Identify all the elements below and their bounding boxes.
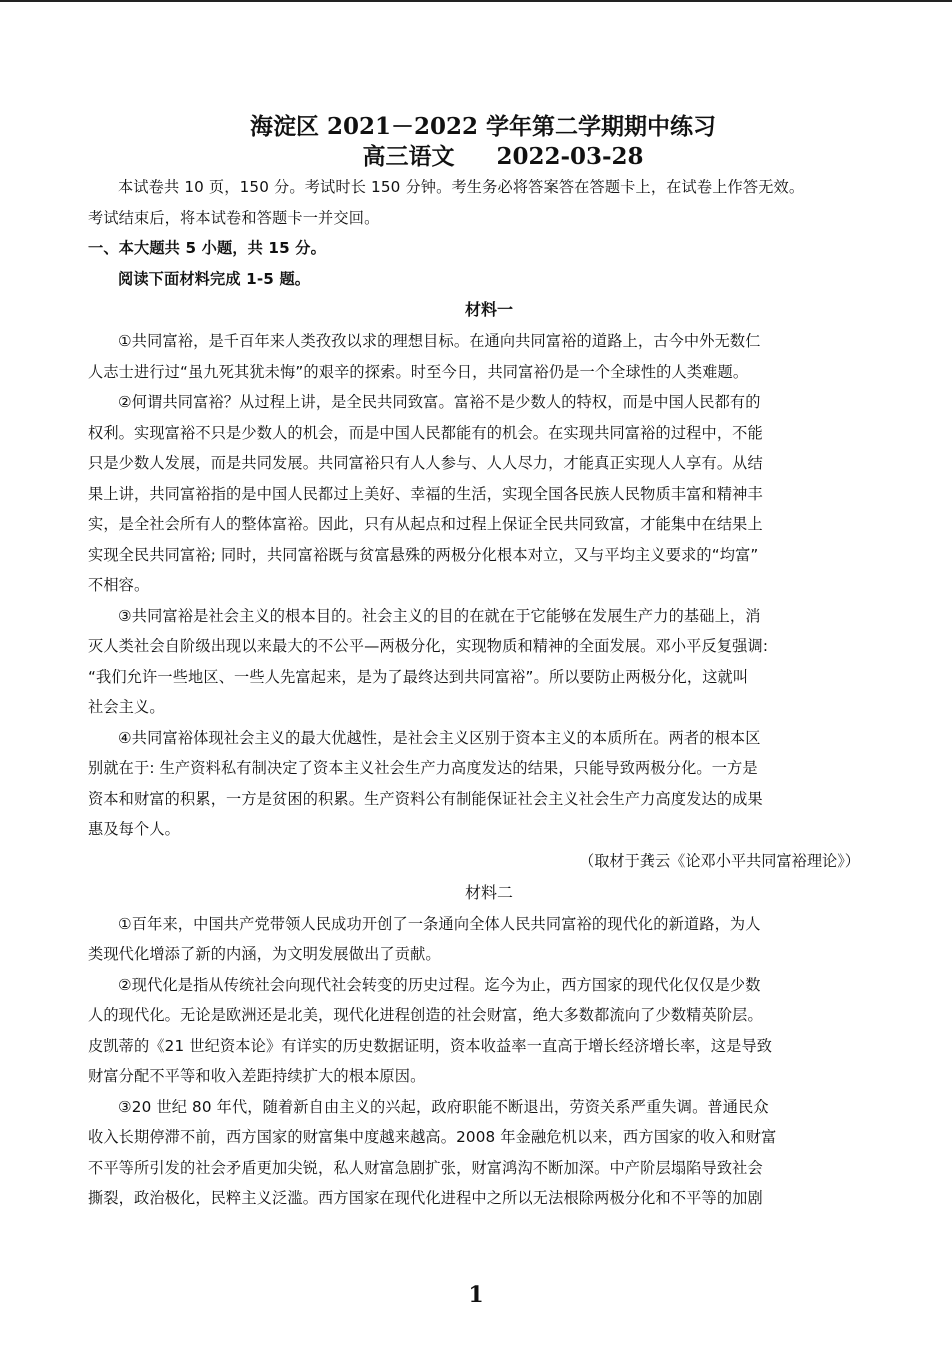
exam-page: 海淀区 2021－2022 学年第二学期期中练习 高三语文2022-03-28 …	[88, 112, 878, 1214]
text-line: ④共同富裕体现社会主义的最大优越性，是社会主义区别于资本主义的本质所在。两者的根…	[88, 723, 878, 754]
text-line: ②何谓共同富裕？从过程上讲，是全民共同致富。富裕不是少数人的特权，而是中国人民都…	[88, 387, 878, 418]
text-line: 皮凯蒂的《21 世纪资本论》有详实的历史数据证明，资本收益率一直高于增长经济增长…	[88, 1031, 878, 1062]
text-line: 灭人类社会自阶级出现以来最大的不公平—两极分化，实现物质和精神的全面发展。邓小平…	[88, 631, 878, 662]
material-two-paragraph-1: ①百年来，中国共产党带领人民成功开创了一条通向全体人民共同富裕的现代化的新道路，…	[88, 909, 878, 970]
exam-date: 2022-03-28	[496, 143, 643, 170]
text-line: ③共同富裕是社会主义的根本目的。社会主义的目的在就在于它能够在发展生产力的基础上…	[88, 601, 878, 632]
material-one-paragraph-4: ④共同富裕体现社会主义的最大优越性，是社会主义区别于资本主义的本质所在。两者的根…	[88, 723, 878, 845]
text-line: 不相容。	[88, 570, 878, 601]
subject-label: 高三语文	[362, 143, 454, 170]
text-line: 人志士进行过“虽九死其犹未悔”的艰辛的探索。时至今日，共同富裕仍是一个全球性的人…	[88, 357, 878, 388]
text-line: 实，是全社会所有人的整体富裕。因此，只有从起点和过程上保证全民共同致富，才能集中…	[88, 509, 878, 540]
material-one-title: 材料一	[100, 294, 878, 326]
text-line: 资本和财富的积累，一方是贫困的积累。生产资料公有制能保证社会主义社会生产力高度发…	[88, 784, 878, 815]
instructions-line-1: 本试卷共 10 页，150 分。考试时长 150 分钟。考生务必将答案答在答题卡…	[88, 172, 878, 203]
material-two-paragraph-3: ③20 世纪 80 年代，随着新自由主义的兴起，政府职能不断退出，劳资关系严重失…	[88, 1092, 878, 1214]
section-prompt: 阅读下面材料完成 1-5 题。	[88, 264, 878, 295]
text-line: ①共同富裕，是千百年来人类孜孜以求的理想目标。在通向共同富裕的道路上，古今中外无…	[88, 326, 878, 357]
text-line: 收入长期停滞不前，西方国家的财富集中度越来越高。2008 年金融危机以来，西方国…	[88, 1122, 878, 1153]
text-line: 果上讲，共同富裕指的是中国人民都过上美好、幸福的生活，实现全国各民族人民物质丰富…	[88, 479, 878, 510]
text-line: 惠及每个人。	[88, 814, 878, 845]
page-number: 1	[0, 1282, 952, 1308]
text-line: ③20 世纪 80 年代，随着新自由主义的兴起，政府职能不断退出，劳资关系严重失…	[88, 1092, 878, 1123]
text-line: “我们允许一些地区、一些人先富起来，是为了最终达到共同富裕”。所以要防止两极分化…	[88, 662, 878, 693]
text-line: 不平等所引发的社会矛盾更加尖锐，私人财富急剧扩张，财富鸿沟不断加深。中产阶层塌陷…	[88, 1153, 878, 1184]
text-line: 实现全民共同富裕; 同时，共同富裕既与贫富悬殊的两极分化根本对立，又与平均主义要…	[88, 540, 878, 571]
section-heading: 一、本大题共 5 小题，共 15 分。	[88, 233, 878, 264]
text-line: 别就在于: 生产资料私有制决定了资本主义社会生产力高度发达的结果，只能导致两极分…	[88, 753, 878, 784]
material-one-source: （取材于龚云《论邓小平共同富裕理论》）	[88, 845, 878, 877]
text-line: 只是少数人发展，而是共同发展。共同富裕只有人人参与、人人尽力，才能真正实现人人享…	[88, 448, 878, 479]
instructions-line-2: 考试结束后，将本试卷和答题卡一并交回。	[88, 203, 878, 234]
material-two-title: 材料二	[100, 877, 878, 909]
material-two-paragraph-2: ②现代化是指从传统社会向现代社会转变的历史过程。迄今为止，西方国家的现代化仅仅是…	[88, 970, 878, 1092]
text-line: 类现代化增添了新的内涵，为文明发展做出了贡献。	[88, 939, 878, 970]
exam-title: 海淀区 2021－2022 学年第二学期期中练习	[88, 112, 878, 142]
text-line: 财富分配不平等和收入差距持续扩大的根本原因。	[88, 1061, 878, 1092]
text-line: ②现代化是指从传统社会向现代社会转变的历史过程。迄今为止，西方国家的现代化仅仅是…	[88, 970, 878, 1001]
text-line: 人的现代化。无论是欧洲还是北美，现代化进程创造的社会财富，绝大多数都流向了少数精…	[88, 1000, 878, 1031]
material-one-paragraph-1: ①共同富裕，是千百年来人类孜孜以求的理想目标。在通向共同富裕的道路上，古今中外无…	[88, 326, 878, 387]
material-one-paragraph-2: ②何谓共同富裕？从过程上讲，是全民共同致富。富裕不是少数人的特权，而是中国人民都…	[88, 387, 878, 601]
exam-subtitle: 高三语文2022-03-28	[128, 142, 878, 172]
text-line: 社会主义。	[88, 692, 878, 723]
top-border-rule	[0, 0, 952, 2]
text-line: 权利。实现富裕不只是少数人的机会，而是中国人民都能有的机会。在实现共同富裕的过程…	[88, 418, 878, 449]
text-line: 撕裂，政治极化，民粹主义泛滥。西方国家在现代化进程中之所以无法根除两极分化和不平…	[88, 1183, 878, 1214]
text-line: ①百年来，中国共产党带领人民成功开创了一条通向全体人民共同富裕的现代化的新道路，…	[88, 909, 878, 940]
material-one-paragraph-3: ③共同富裕是社会主义的根本目的。社会主义的目的在就在于它能够在发展生产力的基础上…	[88, 601, 878, 723]
